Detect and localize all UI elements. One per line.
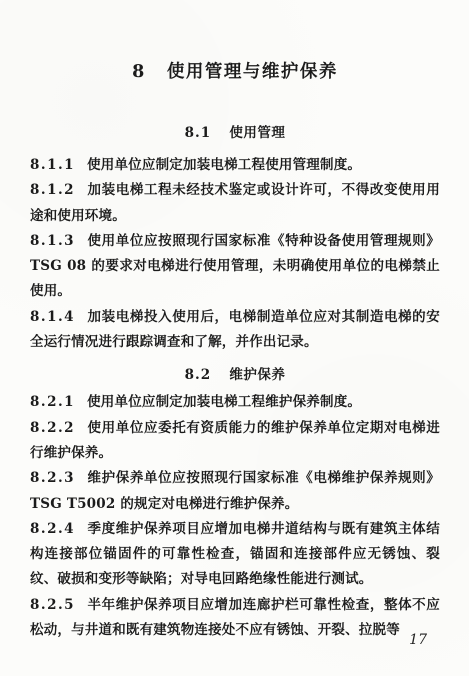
section-8-1-clauses: 8.1.1使用单位应制定加装电梯工程使用管理制度。 8.1.2加装电梯工程未经技… bbox=[30, 153, 440, 355]
clause-8-1-3: 8.1.3使用单位应按照现行国家标准《特种设备使用管理规则》TSG 08 的要求… bbox=[30, 229, 440, 305]
clause-8-2-4: 8.2.4季度维护保养项目应增加电梯井道结构与既有建筑主体结构连接部位锚固件的可… bbox=[30, 517, 440, 593]
clause-8-2-5: 8.2.5半年维护保养项目应增加连廊护栏可靠性检查，整体不应松动，与井道和既有建… bbox=[30, 593, 440, 644]
clause-text: 使用单位应制定加装电梯工程维护保养制度。 bbox=[87, 394, 361, 410]
clause-number: 8.2.4 bbox=[30, 521, 75, 537]
chapter-heading: 8 使用管理与维护保养 bbox=[30, 0, 440, 85]
clause-number: 8.2.2 bbox=[30, 420, 75, 436]
clause-text: 季度维护保养项目应增加电梯井道结构与既有建筑主体结构连接部位锚固件的可靠性检查，… bbox=[30, 521, 440, 588]
section-number: 8.1 bbox=[185, 125, 212, 141]
chapter-title: 使用管理与维护保养 bbox=[167, 62, 338, 82]
clause-text: 使用单位应委托有资质能力的维护保养单位定期对电梯进行维护保养。 bbox=[30, 420, 440, 461]
clause-number: 8.2.1 bbox=[30, 394, 75, 410]
clause-8-2-1: 8.2.1使用单位应制定加装电梯工程维护保养制度。 bbox=[30, 390, 440, 415]
clause-text: 半年维护保养项目应增加连廊护栏可靠性检查，整体不应松动，与井道和既有建筑物连接处… bbox=[30, 597, 440, 638]
clause-number: 8.2.3 bbox=[30, 470, 75, 486]
clause-text: 维护保养单位应按照现行国家标准《电梯维护保养规则》TSG T5002 的规定对电… bbox=[30, 470, 440, 511]
section-number: 8.2 bbox=[185, 367, 212, 383]
clause-text: 使用单位应制定加装电梯工程使用管理制度。 bbox=[87, 157, 361, 173]
clause-number: 8.2.5 bbox=[30, 597, 75, 613]
clause-8-2-3: 8.2.3维护保养单位应按照现行国家标准《电梯维护保养规则》TSG T5002 … bbox=[30, 466, 440, 517]
clause-text: 加装电梯投入使用后，电梯制造单位应对其制造电梯的安全运行情况进行跟踪调查和了解，… bbox=[30, 309, 440, 350]
section-title: 使用管理 bbox=[229, 125, 285, 141]
clause-8-1-4: 8.1.4加装电梯投入使用后，电梯制造单位应对其制造电梯的安全运行情况进行跟踪调… bbox=[30, 305, 440, 356]
document-page: 8 使用管理与维护保养 8.1 使用管理 8.1.1使用单位应制定加装电梯工程使… bbox=[0, 0, 469, 676]
clause-number: 8.1.1 bbox=[30, 157, 75, 173]
clause-number: 8.1.3 bbox=[30, 233, 75, 249]
clause-text: 加装电梯工程未经技术鉴定或设计许可，不得改变使用用途和使用环境。 bbox=[30, 182, 440, 223]
section-title: 维护保养 bbox=[229, 367, 285, 383]
section-8-2-clauses: 8.2.1使用单位应制定加装电梯工程维护保养制度。 8.2.2使用单位应委托有资… bbox=[30, 390, 440, 643]
chapter-number: 8 bbox=[132, 62, 144, 82]
clause-8-1-2: 8.1.2加装电梯工程未经技术鉴定或设计许可，不得改变使用用途和使用环境。 bbox=[30, 178, 440, 229]
clause-number: 8.1.2 bbox=[30, 182, 75, 198]
clause-text: 使用单位应按照现行国家标准《特种设备使用管理规则》TSG 08 的要求对电梯进行… bbox=[30, 233, 440, 300]
clause-number: 8.1.4 bbox=[30, 309, 75, 325]
clause-8-1-1: 8.1.1使用单位应制定加装电梯工程使用管理制度。 bbox=[30, 153, 440, 178]
section-heading-8-1: 8.1 使用管理 bbox=[30, 121, 440, 146]
page-number: 17 bbox=[409, 632, 427, 648]
section-heading-8-2: 8.2 维护保养 bbox=[30, 363, 440, 388]
clause-8-2-2: 8.2.2使用单位应委托有资质能力的维护保养单位定期对电梯进行维护保养。 bbox=[30, 416, 440, 467]
